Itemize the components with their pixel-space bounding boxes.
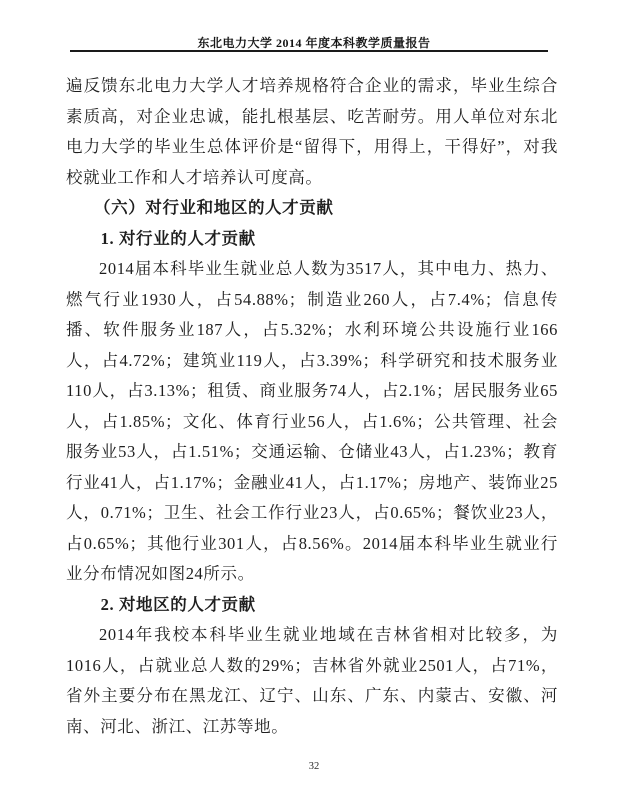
page-content: 遍反馈东北电力大学人才培养规格符合企业的需求，毕业生综合素质高，对企业忠诚，能扎… <box>66 71 558 742</box>
paragraph-region-distribution: 2014年我校本科毕业生就业地域在吉林省相对比较多，为1016人，占就业总人数的… <box>66 620 558 742</box>
heading-section-six: （六）对行业和地区的人才贡献 <box>66 193 558 224</box>
heading-region-contribution: 2. 对地区的人才贡献 <box>66 590 558 621</box>
header-rule <box>70 50 548 52</box>
document-page: 东北电力大学 2014 年度本科教学质量报告 遍反馈东北电力大学人才培养规格符合… <box>0 0 628 812</box>
page-header-title: 东北电力大学 2014 年度本科教学质量报告 <box>0 34 628 51</box>
paragraph-employer-feedback: 遍反馈东北电力大学人才培养规格符合企业的需求，毕业生综合素质高，对企业忠诚，能扎… <box>66 71 558 193</box>
paragraph-industry-distribution: 2014届本科毕业生就业总人数为3517人，其中电力、热力、燃气行业1930人，… <box>66 254 558 590</box>
page-number: 32 <box>0 761 628 772</box>
heading-industry-contribution: 1. 对行业的人才贡献 <box>66 224 558 255</box>
